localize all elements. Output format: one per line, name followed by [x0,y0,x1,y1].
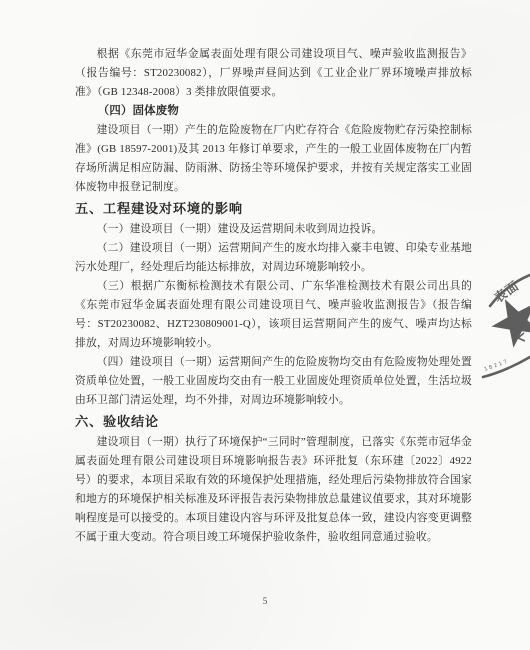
page-number: 5 [0,596,530,606]
paragraph-solid-waste: 建设项目（一期）产生的危险废物在厂内贮存符合《危险废物贮存污染控制标准》(GB … [75,121,472,197]
paragraph-item-2: （二）建设项目（一期）运营期间产生的废水均排入豪丰电镀、印染专业基地污水处理厂，… [75,239,472,277]
paragraph-conclusion: 建设项目（一期）执行了环境保护“三同时”管理制度，已落实《东莞市冠华金属表面处理… [75,433,472,547]
document-page: 根据《东莞市冠华金属表面处理有限公司建设项目气、噪声验收监测报告》（报告编号：S… [0,0,530,650]
heading-section-six: 六、验收结论 [75,411,472,432]
paragraph-item-1: （一）建设项目（一期）建设及运营期间未收到周边投诉。 [75,220,472,239]
paragraph-noise-report: 根据《东莞市冠华金属表面处理有限公司建设项目气、噪声验收监测报告》（报告编号：S… [75,45,472,102]
heading-section-five: 五、工程建设对环境的影响 [75,198,472,219]
subheading-solid-waste: （四）固体废物 [75,102,472,121]
paragraph-item-4: （四）建设项目（一期）运营期间产生的危险废物均交由有危险废物处理处置资质单位处置… [75,353,472,410]
seal-digits: 18217 [484,358,510,372]
document-content: 根据《东莞市冠华金属表面处理有限公司建设项目气、噪声验收监测报告》（报告编号：S… [75,45,472,547]
paragraph-item-3: （三）根据广东衡标检测技术有限公司、广东华准检测技术有限公司出具的《东莞市冠华金… [75,277,472,353]
company-seal-icon: 表面 18217 [462,272,530,384]
company-seal-stamp: 表面 18217 [462,272,530,384]
